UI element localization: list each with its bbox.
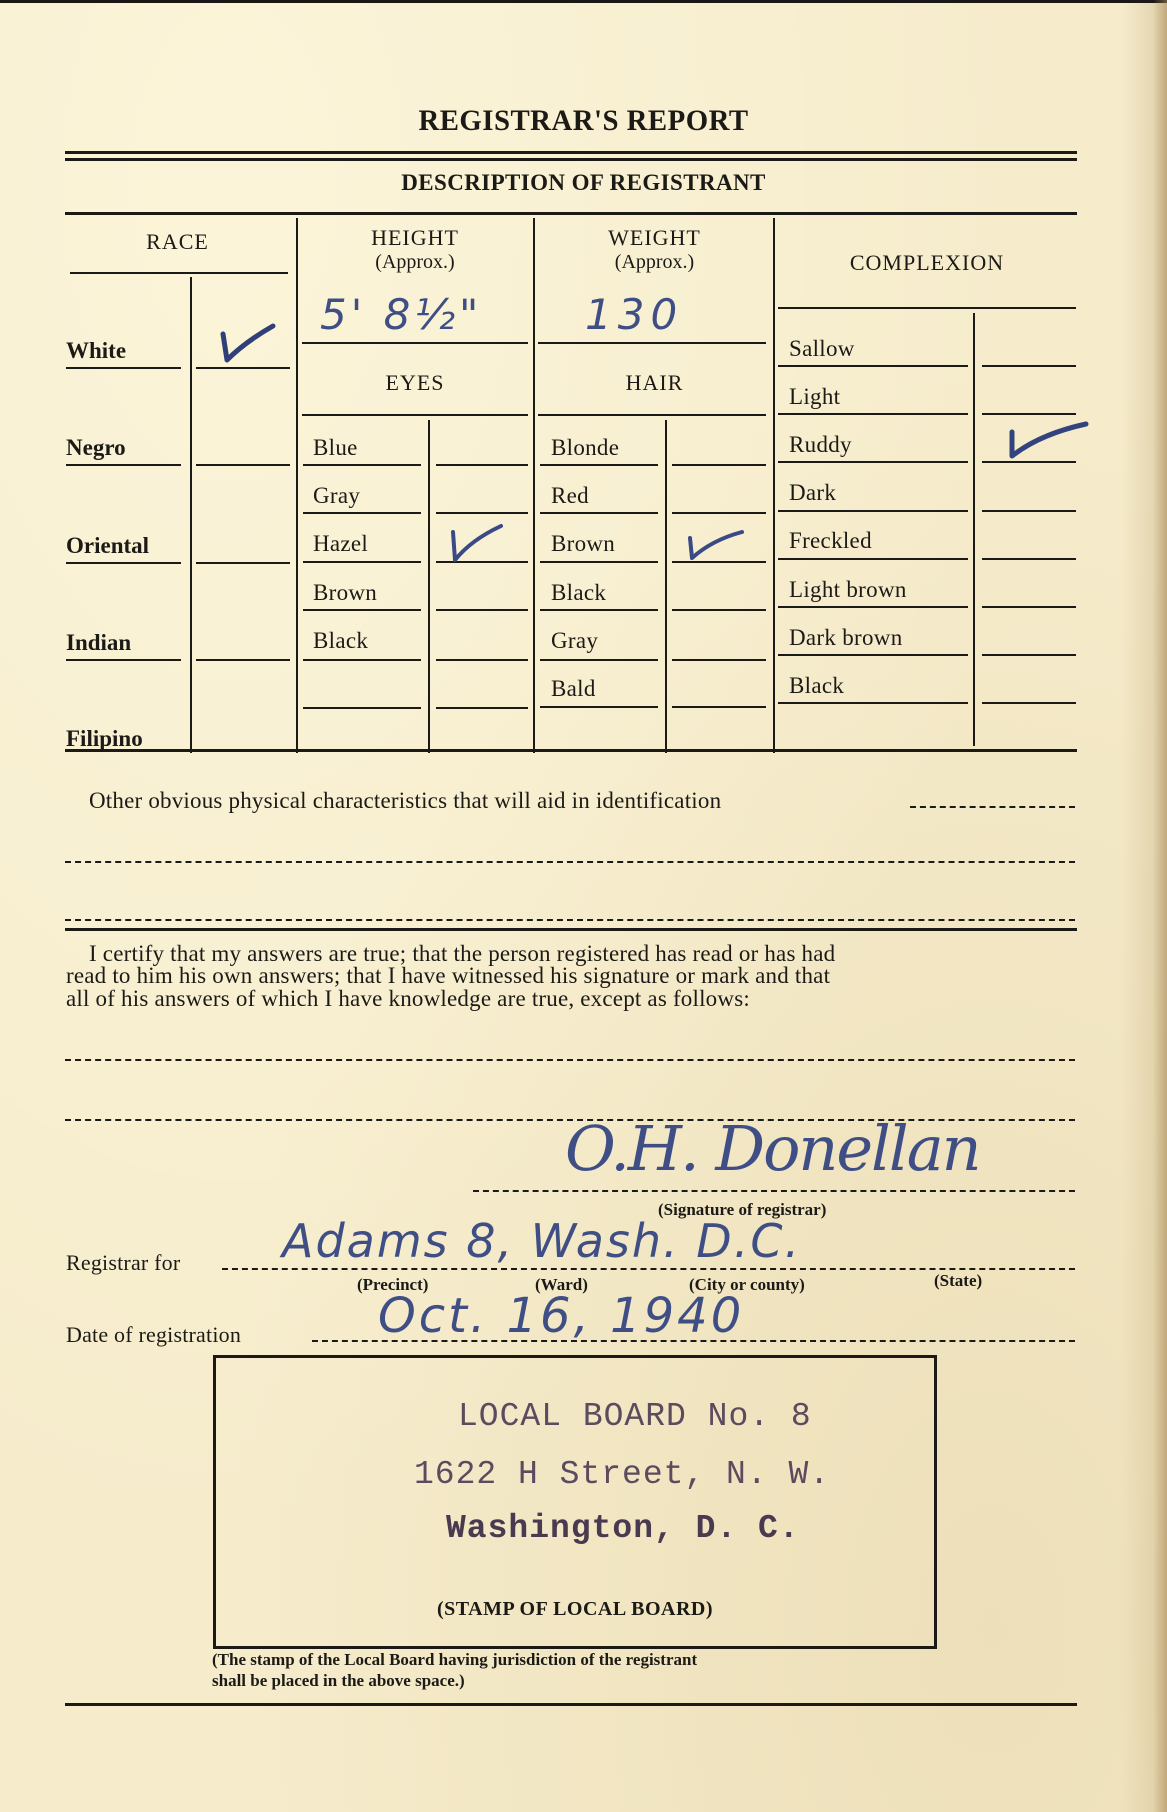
race-option-white: White [66, 338, 126, 364]
section-title: DESCRIPTION OF REGISTRANT [0, 170, 1167, 196]
complexion-option-sallow: Sallow [789, 336, 855, 362]
hair-black-box[interactable] [672, 609, 766, 611]
race-option-indian: Indian [66, 630, 131, 656]
registrar-for-label: Registrar for [66, 1252, 180, 1274]
complexion-header: COMPLEXION [777, 251, 1077, 275]
row-rule [66, 562, 181, 564]
hair-blonde-box[interactable] [672, 464, 766, 466]
complexion-black-box[interactable] [982, 702, 1076, 704]
hair-red-box[interactable] [672, 512, 766, 514]
form-title: REGISTRAR'S REPORT [23, 104, 1143, 138]
complexion-sallow-box[interactable] [982, 365, 1076, 367]
row-rule [540, 512, 658, 514]
state-caption: (State) [934, 1271, 982, 1291]
row-rule [303, 609, 421, 611]
eyes-black-box[interactable] [436, 659, 528, 661]
title-rule-top [65, 151, 1077, 154]
table-top-rule [65, 212, 1077, 215]
grid-vline [773, 218, 775, 753]
row-rule [778, 365, 968, 367]
height-header-label: HEIGHT [371, 225, 459, 250]
race-header-rule [70, 272, 288, 274]
certification-line-1: I certify that my answers are true; that… [89, 943, 835, 965]
certification-line-2: read to him his own answers; that I have… [66, 965, 830, 987]
hair-header-rule [538, 414, 766, 416]
complexion-light-box[interactable] [982, 413, 1076, 415]
hair-bald-box[interactable] [672, 706, 766, 708]
table-bottom-rule [65, 749, 1077, 752]
complexion-option-ruddy: Ruddy [789, 432, 852, 458]
complexion-dark-box[interactable] [982, 510, 1076, 512]
grid-vline [428, 420, 430, 753]
row-rule [540, 609, 658, 611]
eyes-option-black: Black [313, 628, 368, 654]
race-indian-box[interactable] [196, 659, 290, 661]
registrar-signature[interactable]: O.H. Donellan [565, 1112, 980, 1185]
race-option-oriental: Oriental [66, 533, 149, 559]
row-rule [778, 654, 968, 656]
complexion-option-light: Light [789, 384, 840, 410]
local-board-stamp-box: LOCAL BOARD No. 8 1622 H Street, N. W. W… [213, 1355, 937, 1649]
race-header: RACE [70, 230, 285, 254]
complexion-ruddy-checkmark-icon [1004, 418, 1090, 460]
row-rule [778, 461, 968, 463]
row-rule [778, 558, 968, 560]
date-of-registration-value[interactable]: Oct. 16, 1940 [378, 1288, 744, 1344]
footnote-line-1: (The stamp of the Local Board having jur… [212, 1650, 697, 1670]
complexion-option-black: Black [789, 673, 844, 699]
complexion-header-rule [778, 307, 1076, 309]
complexion-dark-brown-box[interactable] [982, 654, 1076, 656]
row-rule [303, 464, 421, 466]
footnote-line-2: shall be placed in the above space.) [212, 1671, 465, 1691]
eyes-option-hazel: Hazel [313, 531, 368, 557]
hair-brown-checkmark-icon [684, 526, 746, 562]
section-divider [65, 928, 1077, 931]
row-rule [540, 659, 658, 661]
weight-header-sub: (Approx.) [537, 250, 772, 274]
row-rule [66, 464, 181, 466]
other-characteristics-label: Other obvious physical characteristics t… [89, 790, 721, 812]
stamp-line-3: Washington, D. C. [446, 1510, 800, 1547]
complexion-option-dark-brown: Dark brown [789, 625, 903, 651]
eyes-header: EYES [300, 371, 530, 395]
page-right-edge [1153, 0, 1167, 1812]
exceptions-line-1[interactable] [65, 1059, 1075, 1061]
other-characteristics-line-2[interactable] [65, 861, 1075, 863]
hair-option-black: Black [551, 580, 606, 606]
hair-option-brown: Brown [551, 531, 615, 557]
row-rule [66, 659, 181, 661]
eyes-option-blue: Blue [313, 435, 358, 461]
signature-line [473, 1190, 1075, 1192]
hair-option-gray: Gray [551, 628, 598, 654]
grid-vline [296, 218, 298, 753]
complexion-ruddy-box[interactable] [982, 461, 1076, 463]
row-rule [778, 413, 968, 415]
registrar-for-value[interactable]: Adams 8, Wash. D.C. [282, 1214, 801, 1268]
grid-vline [190, 277, 192, 753]
grid-vline [973, 313, 975, 746]
weight-value[interactable]: 130 [585, 290, 683, 339]
race-oriental-box[interactable] [196, 562, 290, 564]
row-rule [540, 464, 658, 466]
grid-vline [665, 420, 667, 753]
complexion-light-brown-box[interactable] [982, 606, 1076, 608]
hair-gray-box[interactable] [672, 659, 766, 661]
height-header: HEIGHT (Approx.) [300, 226, 530, 274]
registrar-for-line [222, 1268, 1075, 1270]
date-of-registration-label: Date of registration [66, 1324, 241, 1346]
bottom-rule [65, 1703, 1077, 1706]
row-rule [778, 510, 968, 512]
eyes-hazel-checkmark-icon [445, 518, 505, 564]
eyes-blank-box[interactable] [436, 707, 528, 709]
row-rule [778, 606, 968, 608]
row-rule [540, 561, 658, 563]
race-negro-box[interactable] [196, 464, 290, 466]
eyes-gray-box[interactable] [436, 512, 528, 514]
height-underline [302, 342, 528, 344]
row-rule [540, 706, 658, 708]
row-rule [303, 707, 421, 709]
race-white-box[interactable] [196, 367, 290, 369]
row-rule [303, 561, 421, 563]
complexion-option-freckled: Freckled [789, 528, 872, 554]
complexion-option-dark: Dark [789, 480, 836, 506]
stamp-line-1: LOCAL BOARD No. 8 [458, 1398, 812, 1435]
row-rule [778, 702, 968, 704]
row-rule [66, 367, 181, 369]
other-characteristics-line-1[interactable] [910, 806, 1075, 808]
stamp-caption: (STAMP OF LOCAL BOARD) [216, 1598, 934, 1621]
stamp-line-2: 1622 H Street, N. W. [414, 1456, 830, 1493]
other-characteristics-line-3[interactable] [65, 919, 1075, 921]
height-header-sub: (Approx.) [300, 250, 530, 274]
eyes-blue-box[interactable] [436, 464, 528, 466]
hair-option-red: Red [551, 483, 589, 509]
weight-header-label: WEIGHT [608, 225, 701, 250]
certification-line-3: all of his answers of which I have knowl… [66, 988, 750, 1010]
race-white-checkmark-icon [215, 320, 277, 366]
eyes-option-gray: Gray [313, 483, 360, 509]
page-top-edge [0, 0, 1167, 3]
weight-underline [538, 342, 766, 344]
row-rule [303, 659, 421, 661]
title-rule-bottom [65, 158, 1077, 161]
grid-vline [533, 218, 535, 753]
hair-header: HAIR [537, 371, 772, 395]
hair-option-bald: Bald [551, 676, 596, 702]
complexion-freckled-box[interactable] [982, 558, 1076, 560]
complexion-option-light-brown: Light brown [789, 577, 907, 603]
eyes-brown-box[interactable] [436, 609, 528, 611]
race-option-negro: Negro [66, 435, 126, 461]
hair-option-blonde: Blonde [551, 435, 619, 461]
eyes-header-rule [302, 414, 528, 416]
row-rule [303, 512, 421, 514]
weight-header: WEIGHT (Approx.) [537, 226, 772, 274]
height-value[interactable]: 5' 8½" [320, 290, 482, 339]
eyes-option-brown: Brown [313, 580, 377, 606]
